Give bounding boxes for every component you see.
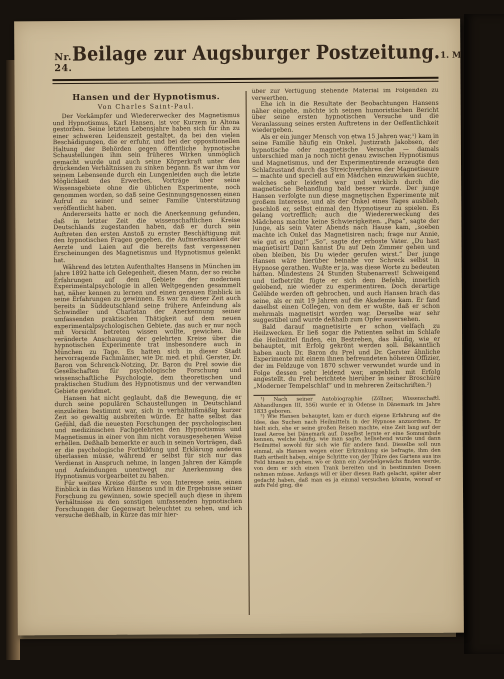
book-page-edges	[464, 14, 504, 654]
paragraph: Hansen hat nicht geglaubt, daß die Beweg…	[54, 395, 242, 481]
masthead-title: Beilage zur Augsburger Postzeitung.	[72, 42, 440, 67]
issue-date: 1. Mai 1897.	[440, 50, 464, 60]
article-columns: Hansen und der Hypnotismus. Von Charles …	[15, 82, 464, 631]
right-column: über zur Verfügung stehende Material im …	[252, 88, 442, 629]
newspaper-page: Nr. 24. Beilage zur Augsburger Postzeitu…	[14, 19, 464, 636]
paragraph: Ehe ich in die Resultate der Beobachtung…	[252, 101, 439, 135]
column-divider	[246, 91, 250, 615]
paragraph: Bald darauf magnetisirte er schon vielfa…	[253, 323, 440, 390]
footnotes: ¹) Nach seiner Autobiographie (Zöllner, …	[253, 397, 441, 490]
paragraph: ²) Wie Hansen behauptet, kam er durch ei…	[254, 414, 441, 490]
article-title: Hansen und der Hypnotismus.	[53, 91, 240, 102]
book-scan-background: Nr. 24. Beilage zur Augsburger Postzeitu…	[0, 0, 504, 679]
right-column-text: über zur Verfügung stehende Material im …	[252, 88, 441, 390]
paragraph: Andererseits hatte er noch die Anerkennu…	[53, 211, 240, 265]
left-column: Hansen und der Hypnotismus. Von Charles …	[53, 89, 243, 630]
left-column-text: Der Vorkämpfer und Wiedererwecker des Ma…	[53, 113, 242, 520]
paragraph: Für weitere Kreise dürfte es von Interes…	[55, 480, 242, 520]
paragraph: Während des letzten Aufenthaltes Hansens…	[54, 264, 242, 396]
newspaper-header: Nr. 24. Beilage zur Augsburger Postzeitu…	[14, 19, 460, 77]
paragraph: Der Vorkämpfer und Wiedererwecker des Ma…	[53, 113, 241, 212]
paragraph: Als er ein junger Mensch von etwa 15 Jah…	[252, 134, 440, 325]
issue-number: Nr. 24.	[54, 52, 72, 74]
article-byline: Von Charles Saint-Paul.	[53, 102, 240, 111]
